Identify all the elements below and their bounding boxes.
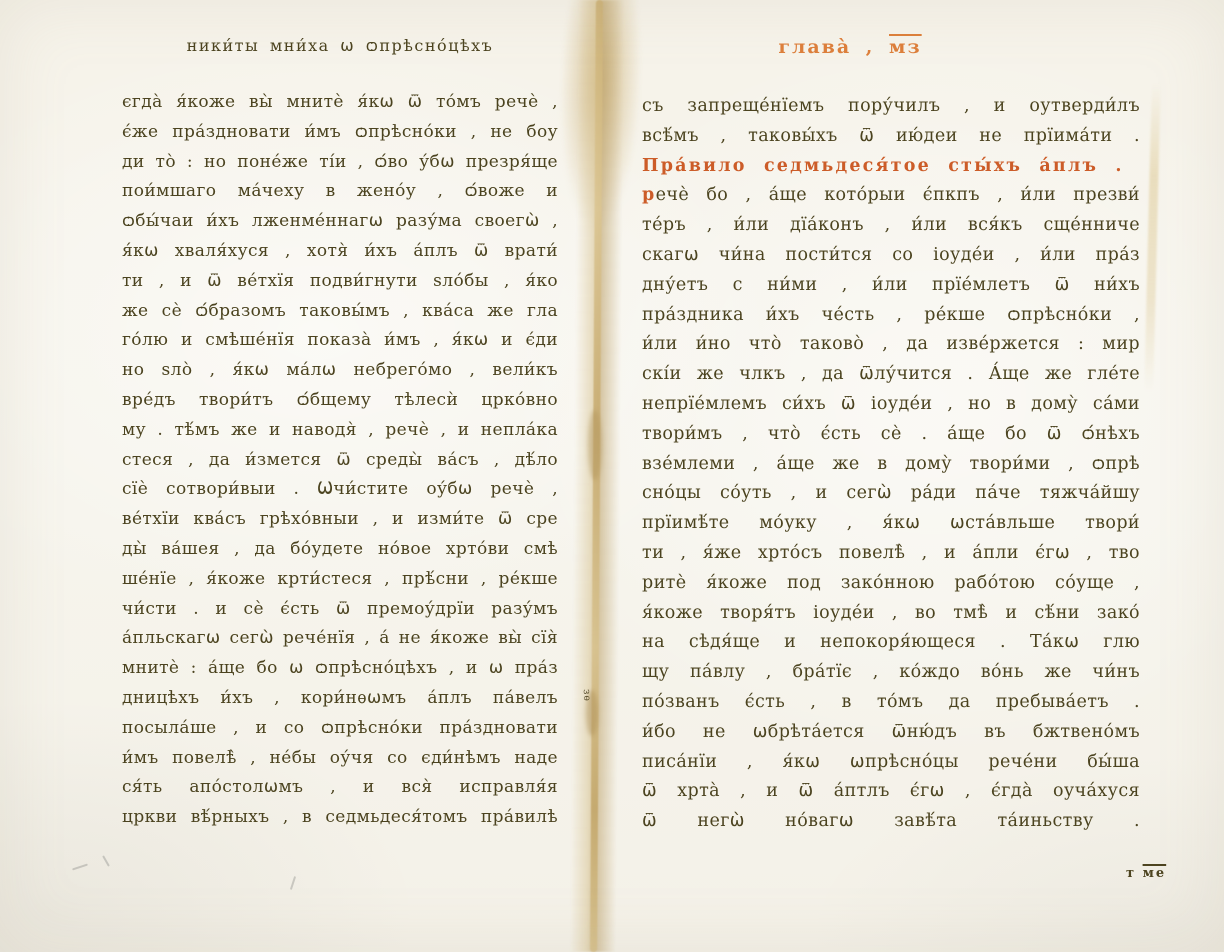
- left-text-block: єгда̀ я́коже вы̀ мнитѐ я́кѡ ѿ то́мъ речѐ…: [122, 88, 558, 833]
- right-page-text: съ запреще́нїемъ пору́чилъ , и оутверди́…: [642, 92, 1140, 837]
- text-line: сно́цы со́уть , и сегѡ̀ ра́ди па́че тяжч…: [642, 479, 1140, 509]
- text-line: непрїе́млемъ си́хъ ѿ іоуде́и , но в дому…: [642, 390, 1140, 420]
- text-line: є́же пра́здновати и́мъ ѻпрѣсно́ки , не б…: [122, 118, 558, 148]
- text-line: ти , я́же хрто́съ повелѣ̀ , и а́пли є́гѡ…: [642, 539, 1140, 569]
- text-line: ѿ негѡ̀ но́вагѡ завѣ́та та́иньству .: [642, 807, 1140, 837]
- text-line: цркви вѣ́рныхъ , в седмьдеся́томъ пра́ви…: [122, 803, 558, 833]
- pencil-mark: [102, 855, 110, 866]
- left-page-header: ники́ты мни́ха ѡ ѻпрѣсно́цѣхъ: [122, 36, 558, 55]
- text-line: я́кѡ хваля́хуся , хотя̀ и́хъ а́плъ ѿ вра…: [122, 237, 558, 267]
- left-page-text: єгда̀ я́коже вы̀ мнитѐ я́кѡ ѿ то́мъ речѐ…: [122, 88, 558, 833]
- rubric-first-line: речѐ бо , а́ще кото́рыи є́пкпъ , и́ли пр…: [642, 181, 1140, 211]
- text-line: же сѐ ѻ́бразомъ таковы́мъ , ква́са же гл…: [122, 297, 558, 327]
- chapter-label: глава̀ ,: [778, 36, 874, 58]
- text-line: скі́и же члкъ , да ѿлу́чится . А́ще же г…: [642, 360, 1140, 390]
- text-line: посыла́ше , и со ѻпрѣсно́ки пра́здновати: [122, 714, 558, 744]
- text-line: ше́нїе , я́коже крти́стеся , прѣ́сни , р…: [122, 565, 558, 595]
- right-text-block-rest: те́ръ , и́ли дїа́конъ , и́ли вся́къ сще́…: [642, 211, 1140, 837]
- text-line: дну́етъ с ни́ми , и́ли прїе́млетъ ѿ ни́х…: [642, 271, 1140, 301]
- text-line: пра́здника и́хъ че́сть , ре́кше ѻпрѣсно́…: [642, 301, 1140, 331]
- text-line: чи́сти . и сѐ є́сть ѿ премоу́дрїи разу́м…: [122, 595, 558, 625]
- text-line: взе́млеми , а́ще же в дому̀ твори́ми , ѻ…: [642, 450, 1140, 480]
- text-line: ся́ть апо́столѡмъ , и вся̀ исправля́я: [122, 773, 558, 803]
- text-line: ѻбы́чаи и́хъ лженме́ннагѡ разу́ма своегѡ…: [122, 207, 558, 237]
- text-line: му . тѣ́мъ же и наводя̀ , речѐ , и непла…: [122, 416, 558, 446]
- text-line: вре́дъ твори́тъ ѻ́бщему тѣлесѝ црко́вно: [122, 386, 558, 416]
- text-line: сїѐ сотвори́выи . Ѡчи́стите оу́бѡ речѐ ,: [122, 475, 558, 505]
- right-page-header: глава̀ , мз: [700, 36, 1000, 58]
- text-line: и́ли и́но что̀ таково̀ , да изве́ржется …: [642, 330, 1140, 360]
- text-line: дницѣхъ и́хъ , кори́нѳѡмъ а́плъ па́велъ: [122, 684, 558, 714]
- text-line: ди то̀ : но поне́же ті́и , ѻ́во у́бѡ пре…: [122, 148, 558, 178]
- text-line: прїимѣ́те мо́уку , я́кѡ ѡста́вльше твори…: [642, 509, 1140, 539]
- right-text-block-top: съ запреще́нїемъ пору́чилъ , и оутверди́…: [642, 92, 1140, 152]
- text-line: єгда̀ я́коже вы̀ мнитѐ я́кѡ ѿ то́мъ речѐ…: [122, 88, 558, 118]
- text-line: ти , и ѿ ве́тхїя подви́гнути ѕло́бы , я́…: [122, 267, 558, 297]
- text-line: и́мъ повелѣ̀ , не́бы оу́чя со єди́нѣмъ н…: [122, 744, 558, 774]
- text-line: но ѕло̀ , я́кѡ ма́лѡ небрего́мо , вели́к…: [122, 356, 558, 386]
- text-line: скагѡ чи́на пости́тся со іоуде́и , и́ли …: [642, 241, 1140, 271]
- text-line: ве́тхїи ква́съ грѣхо́вныи , и изми́те ѿ …: [122, 505, 558, 535]
- text-line: по́званъ є́сть , в то́мъ да пребыва́етъ …: [642, 688, 1140, 718]
- catchword: т ме: [1126, 866, 1166, 881]
- page-edge-stain: [1144, 82, 1161, 392]
- text-line: щу па́влу , бра́тїє , ко́ждо во́нь же чи…: [642, 658, 1140, 688]
- text-line: а́пльскагѡ сегѡ̀ рече́нїя , а́ не я́коже…: [122, 624, 558, 654]
- text-line: съ запреще́нїемъ пору́чилъ , и оутверди́…: [642, 92, 1140, 122]
- catchword-number: ме: [1143, 866, 1167, 881]
- text-line: ѿ хрта̀ , и ѿ а́птлъ є́гѡ , є́гда̀ оуча́…: [642, 777, 1140, 807]
- text-line: пои́мшаго ма́чеху в жено́у , ѻ́воже и ве…: [122, 177, 558, 207]
- text-line: я́коже творя́тъ іоуде́и , во тмѣ̀ и сѣ́н…: [642, 599, 1140, 629]
- gutter-quire-mark: зѳ: [581, 689, 592, 702]
- text-line: на сѣдя́ще и непокоря́ющеся . Та́кѡ глю: [642, 628, 1140, 658]
- text-line: и́бо не ѡбрѣта́ется ѿню́дъ въ бжтвено́мъ: [642, 718, 1140, 748]
- text-line: те́ръ , и́ли дїа́конъ , и́ли вся́къ сще́…: [642, 211, 1140, 241]
- text-line: ды̀ ва́шея , да бо́удете но́вое хрто́ви …: [122, 535, 558, 565]
- text-line: писа́нїи , я́кѡ ѡпрѣсно́цы рече́ни бы́ша: [642, 748, 1140, 778]
- catchword-letter: т: [1126, 866, 1136, 881]
- rubric-line: Пра́вило седмьдеся́тое сты́хъ а́плъ .: [642, 152, 1140, 182]
- pencil-mark: [72, 864, 88, 871]
- rubric-first-line-text: ечѐ бо , а́ще кото́рыи є́пкпъ , и́ли пре…: [656, 185, 1140, 205]
- text-line: го́лю и смѣше́нїя показа̀ и́мъ , я́кѡ и …: [122, 326, 558, 356]
- rubric-initial: р: [642, 185, 655, 205]
- book-scan: зѳ ники́ты мни́ха ѡ ѻпрѣсно́цѣхъ єгда̀ я…: [0, 0, 1224, 952]
- text-line: мнитѐ : а́ще бо ѡ ѻпрѣсно́цѣхъ , и ѡ пра…: [122, 654, 558, 684]
- pencil-mark: [290, 876, 296, 890]
- chapter-number: мз: [889, 36, 922, 58]
- gutter-stain: [588, 410, 602, 480]
- text-line: ритѐ я́коже под зако́нною рабо́тою со́ущ…: [642, 569, 1140, 599]
- text-line: стеся , да и́змется ѿ среды̀ ва́съ , дѣ́…: [122, 446, 558, 476]
- text-line: всѣ́мъ , таковы́хъ ѿ ию́деи не прїима́ти…: [642, 122, 1140, 152]
- text-line: твори́мъ , что̀ є́сть сѐ . а́ще бо ѿ ѻ́н…: [642, 420, 1140, 450]
